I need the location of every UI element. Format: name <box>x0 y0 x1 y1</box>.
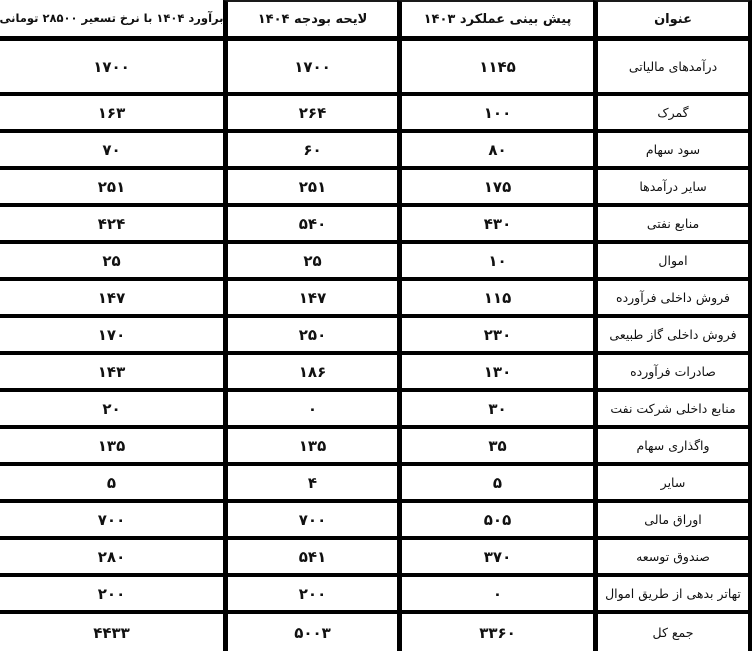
cell-estimate-1404: ۱۴۷ <box>0 281 223 314</box>
header-estimate-1404: برآورد ۱۴۰۴ با نرخ تسعیر ۲۸۵۰۰ تومانی <box>0 0 223 36</box>
cell-estimate-1404: ۲۰ <box>0 392 223 425</box>
row-label: صادرات فرآورده <box>593 355 752 388</box>
cell-estimate-1404: ۲۰۰ <box>0 577 223 610</box>
table-row: تهاتر بدهی از طریق اموال ۰ ۲۰۰ ۲۰۰ <box>0 577 752 614</box>
cell-budget-1404: ۶۰ <box>223 133 397 166</box>
row-label: فروش داخلی فرآورده <box>593 281 752 314</box>
cell-estimate-1404: ۱۴۳ <box>0 355 223 388</box>
cell-perf-1403: ۱۰۰ <box>397 96 593 129</box>
table-row: اوراق مالی ۵۰۵ ۷۰۰ ۷۰۰ <box>0 503 752 540</box>
table-row: جمع کل ۳۳۶۰ ۵۰۰۳ ۴۴۳۳ <box>0 614 752 651</box>
table-row: منابع نفتی ۴۳۰ ۵۴۰ ۴۲۴ <box>0 207 752 244</box>
budget-table: عنوان پیش بینی عملکرد ۱۴۰۳ لایحه بودجه ۱… <box>0 0 752 651</box>
cell-perf-1403: ۴۳۰ <box>397 207 593 240</box>
table-row: سایر درآمدها ۱۷۵ ۲۵۱ ۲۵۱ <box>0 170 752 207</box>
cell-estimate-1404: ۱۷۰ <box>0 318 223 351</box>
cell-perf-1403: ۳۳۶۰ <box>397 614 593 651</box>
row-label: فروش داخلی گاز طبیعی <box>593 318 752 351</box>
table-body: درآمدهای مالیاتی ۱۱۴۵ ۱۷۰۰ ۱۷۰۰ گمرک ۱۰۰… <box>0 41 752 651</box>
cell-perf-1403: ۳۵ <box>397 429 593 462</box>
cell-perf-1403: ۰ <box>397 577 593 610</box>
table-row: سایر ۵ ۴ ۵ <box>0 466 752 503</box>
row-label: منابع نفتی <box>593 207 752 240</box>
row-label: اموال <box>593 244 752 277</box>
row-label: درآمدهای مالیاتی <box>593 41 752 92</box>
row-label: منابع داخلی شرکت نفت <box>593 392 752 425</box>
cell-estimate-1404: ۷۰۰ <box>0 503 223 536</box>
cell-estimate-1404: ۴۴۳۳ <box>0 614 223 651</box>
cell-perf-1403: ۳۷۰ <box>397 540 593 573</box>
cell-budget-1404: ۱۸۶ <box>223 355 397 388</box>
cell-estimate-1404: ۵ <box>0 466 223 499</box>
cell-budget-1404: ۲۰۰ <box>223 577 397 610</box>
header-performance-1403: پیش بینی عملکرد ۱۴۰۳ <box>397 0 593 36</box>
cell-perf-1403: ۸۰ <box>397 133 593 166</box>
table-row: واگذاری سهام ۳۵ ۱۳۵ ۱۳۵ <box>0 429 752 466</box>
row-label: واگذاری سهام <box>593 429 752 462</box>
header-budget-bill-1404: لایحه بودجه ۱۴۰۴ <box>223 0 397 36</box>
row-label: تهاتر بدهی از طریق اموال <box>593 577 752 610</box>
cell-perf-1403: ۳۰ <box>397 392 593 425</box>
header-title: عنوان <box>593 0 752 36</box>
cell-budget-1404: ۲۵۰ <box>223 318 397 351</box>
row-label: صندوق توسعه <box>593 540 752 573</box>
cell-budget-1404: ۱۳۵ <box>223 429 397 462</box>
row-label: گمرک <box>593 96 752 129</box>
cell-budget-1404: ۷۰۰ <box>223 503 397 536</box>
cell-perf-1403: ۱۱۴۵ <box>397 41 593 92</box>
row-label: سود سهام <box>593 133 752 166</box>
table-row: اموال ۱۰ ۲۵ ۲۵ <box>0 244 752 281</box>
table-row: فروش داخلی گاز طبیعی ۲۳۰ ۲۵۰ ۱۷۰ <box>0 318 752 355</box>
cell-budget-1404: ۲۵ <box>223 244 397 277</box>
cell-budget-1404: ۱۷۰۰ <box>223 41 397 92</box>
cell-estimate-1404: ۴۲۴ <box>0 207 223 240</box>
table-row: درآمدهای مالیاتی ۱۱۴۵ ۱۷۰۰ ۱۷۰۰ <box>0 41 752 96</box>
table-row: منابع داخلی شرکت نفت ۳۰ ۰ ۲۰ <box>0 392 752 429</box>
row-label: سایر درآمدها <box>593 170 752 203</box>
cell-budget-1404: ۴ <box>223 466 397 499</box>
cell-budget-1404: ۲۵۱ <box>223 170 397 203</box>
cell-estimate-1404: ۱۳۵ <box>0 429 223 462</box>
cell-budget-1404: ۵۰۰۳ <box>223 614 397 651</box>
cell-estimate-1404: ۱۶۳ <box>0 96 223 129</box>
table-header-row: عنوان پیش بینی عملکرد ۱۴۰۳ لایحه بودجه ۱… <box>0 0 752 41</box>
table-row: سود سهام ۸۰ ۶۰ ۷۰ <box>0 133 752 170</box>
cell-budget-1404: ۱۴۷ <box>223 281 397 314</box>
row-label: جمع کل <box>593 614 752 651</box>
cell-budget-1404: ۵۴۱ <box>223 540 397 573</box>
cell-budget-1404: ۵۴۰ <box>223 207 397 240</box>
cell-estimate-1404: ۲۸۰ <box>0 540 223 573</box>
row-label: سایر <box>593 466 752 499</box>
cell-perf-1403: ۵۰۵ <box>397 503 593 536</box>
cell-estimate-1404: ۷۰ <box>0 133 223 166</box>
table-row: صندوق توسعه ۳۷۰ ۵۴۱ ۲۸۰ <box>0 540 752 577</box>
cell-budget-1404: ۲۶۴ <box>223 96 397 129</box>
cell-perf-1403: ۵ <box>397 466 593 499</box>
row-label: اوراق مالی <box>593 503 752 536</box>
cell-estimate-1404: ۱۷۰۰ <box>0 41 223 92</box>
table-row: گمرک ۱۰۰ ۲۶۴ ۱۶۳ <box>0 96 752 133</box>
cell-perf-1403: ۱۱۵ <box>397 281 593 314</box>
cell-perf-1403: ۲۳۰ <box>397 318 593 351</box>
table-row: فروش داخلی فرآورده ۱۱۵ ۱۴۷ ۱۴۷ <box>0 281 752 318</box>
cell-estimate-1404: ۲۵ <box>0 244 223 277</box>
cell-estimate-1404: ۲۵۱ <box>0 170 223 203</box>
cell-perf-1403: ۱۷۵ <box>397 170 593 203</box>
cell-budget-1404: ۰ <box>223 392 397 425</box>
table-row: صادرات فرآورده ۱۳۰ ۱۸۶ ۱۴۳ <box>0 355 752 392</box>
cell-perf-1403: ۱۰ <box>397 244 593 277</box>
cell-perf-1403: ۱۳۰ <box>397 355 593 388</box>
